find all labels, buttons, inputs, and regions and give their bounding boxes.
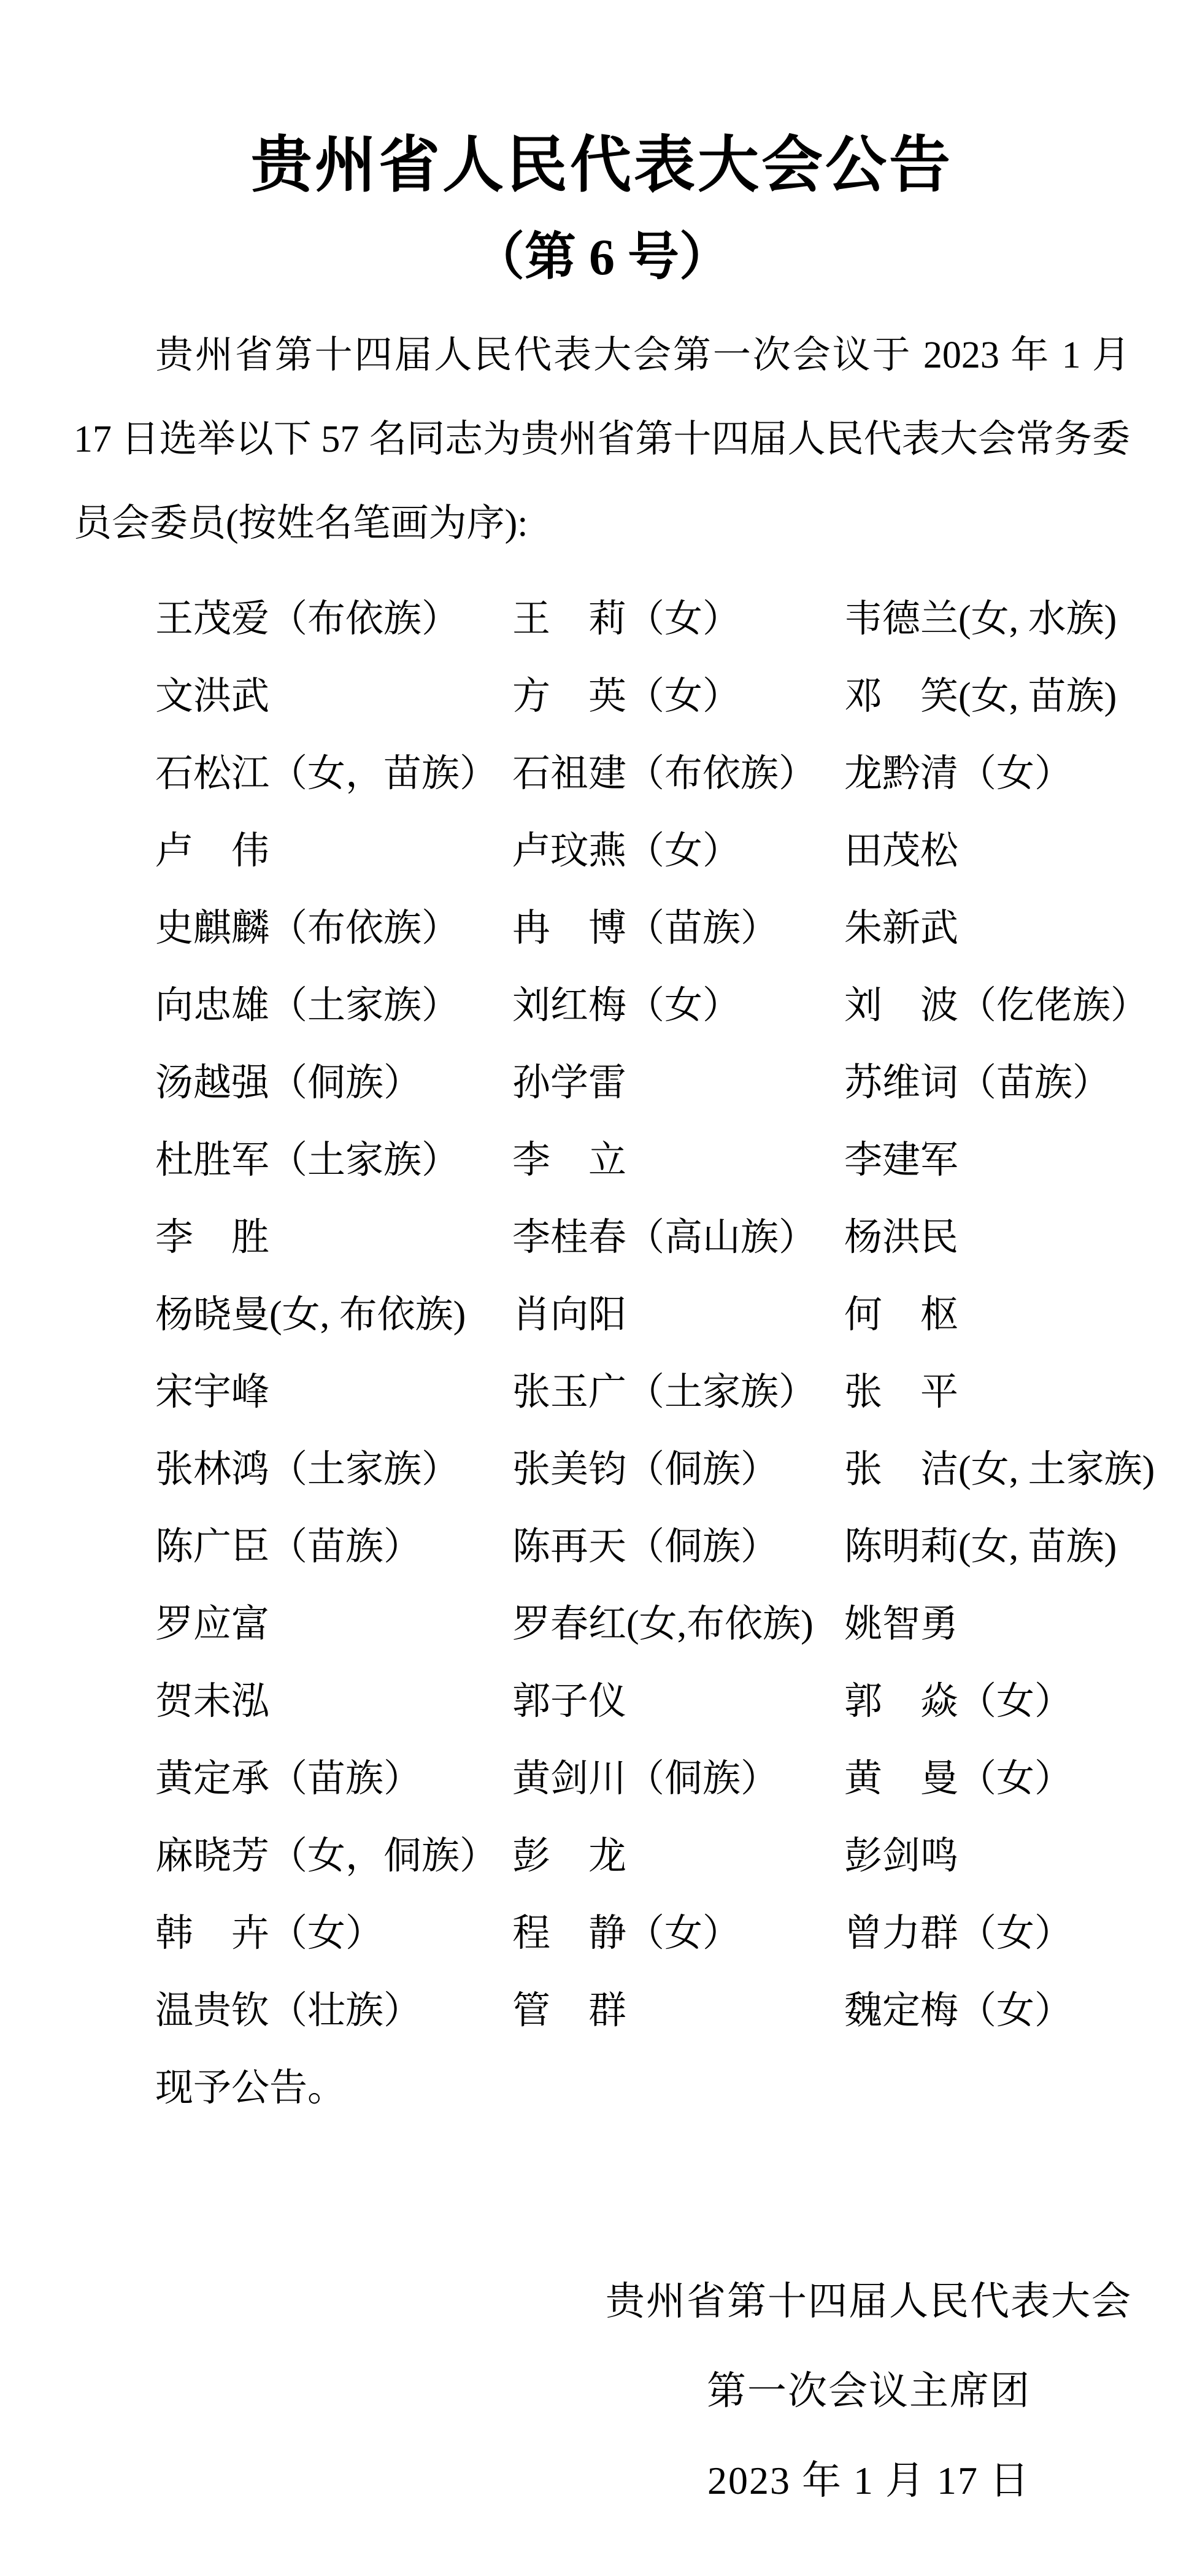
member-name: 王 莉（女） <box>512 580 844 658</box>
member-name: 管 群 <box>512 1972 844 2050</box>
member-name: 黄剑川（侗族） <box>512 1740 844 1818</box>
roster-row: 麻晓芳（女，侗族）彭 龙彭剑鸣 <box>155 1818 1130 1895</box>
roster-row: 石松江（女，苗族）石祖建（布依族）龙黔清（女） <box>155 735 1130 812</box>
member-name: 郭子仪 <box>512 1663 844 1740</box>
member-name: 韩 卉（女） <box>155 1895 512 1972</box>
roster-row: 汤越强（侗族）孙学雷苏维词（苗族） <box>155 1044 1130 1122</box>
member-name: 郭 焱（女） <box>844 1663 1130 1740</box>
roster-row: 韩 卉（女）程 静（女）曾力群（女） <box>155 1895 1130 1972</box>
member-name: 彭剑鸣 <box>844 1818 1130 1895</box>
member-name: 向忠雄（土家族） <box>155 967 512 1044</box>
member-name: 陈明莉(女, 苗族) <box>844 1508 1130 1586</box>
member-name: 贺未泓 <box>155 1663 512 1740</box>
roster-row: 陈广臣（苗族）陈再天（侗族）陈明莉(女, 苗族) <box>155 1508 1130 1586</box>
intro-paragraph: 贵州省第十四届人民代表大会第一次会议于 2023 年 1 月 17 日选举以下 … <box>74 314 1130 566</box>
member-name: 龙黔清（女） <box>844 735 1130 812</box>
member-name: 史麒麟（布依族） <box>155 890 512 967</box>
member-name: 刘红梅（女） <box>512 967 844 1044</box>
member-name: 李建军 <box>844 1122 1130 1199</box>
roster-row: 贺未泓郭子仪郭 焱（女） <box>155 1663 1130 1740</box>
doc-title: 贵州省人民代表大会公告 <box>74 126 1130 206</box>
member-name: 魏定梅（女） <box>844 1972 1130 2050</box>
member-name: 邓 笑(女, 苗族) <box>844 658 1130 735</box>
member-name: 李 立 <box>512 1122 844 1199</box>
signature-date: 2023 年 1 月 17 日 <box>580 2436 1157 2526</box>
roster-row: 杨晓曼(女, 布依族)肖向阳何 枢 <box>155 1276 1130 1354</box>
member-name: 何 枢 <box>844 1276 1130 1354</box>
member-name: 黄 曼（女） <box>844 1740 1130 1818</box>
roster-row: 向忠雄（土家族）刘红梅（女）刘 波（仡佬族） <box>155 967 1130 1044</box>
member-name: 孙学雷 <box>512 1044 844 1122</box>
roster-row: 张林鸿（土家族）张美钧（侗族）张 洁(女, 土家族) <box>155 1431 1130 1508</box>
member-name: 韦德兰(女, 水族) <box>844 580 1130 658</box>
member-name: 苏维词（苗族） <box>844 1044 1130 1122</box>
roster-row: 宋宇峰张玉广（土家族）张 平 <box>155 1354 1130 1431</box>
member-name: 彭 龙 <box>512 1818 844 1895</box>
member-name: 陈广臣（苗族） <box>155 1508 512 1586</box>
member-name: 李桂春（高山族） <box>512 1199 844 1276</box>
signature-org-line-1: 贵州省第十四届人民代表大会 <box>580 2257 1157 2347</box>
member-name: 宋宇峰 <box>155 1354 512 1431</box>
member-name: 刘 波（仡佬族） <box>844 967 1149 1044</box>
member-name: 汤越强（侗族） <box>155 1044 512 1122</box>
member-name: 陈再天（侗族） <box>512 1508 844 1586</box>
member-name: 李 胜 <box>155 1199 512 1276</box>
roster-row: 王茂爱（布依族）王 莉（女）韦德兰(女, 水族) <box>155 580 1130 658</box>
member-name: 朱新武 <box>844 890 1130 967</box>
member-name: 麻晓芳（女，侗族） <box>155 1818 512 1895</box>
member-name: 曾力群（女） <box>844 1895 1130 1972</box>
member-name: 冉 博（苗族） <box>512 890 844 967</box>
announcement-page: 贵州省人民代表大会公告 （第 6 号） 贵州省第十四届人民代表大会第一次会议于 … <box>0 0 1189 2576</box>
member-name: 杨洪民 <box>844 1199 1130 1276</box>
member-name: 张林鸿（土家族） <box>155 1431 512 1508</box>
member-name: 黄定承（苗族） <box>155 1740 512 1818</box>
member-name: 石松江（女，苗族） <box>155 735 512 812</box>
roster-row: 温贵钦（壮族）管 群魏定梅（女） <box>155 1972 1130 2050</box>
roster-row: 文洪武方 英（女）邓 笑(女, 苗族) <box>155 658 1130 735</box>
roster-row: 杜胜军（土家族）李 立李建军 <box>155 1122 1130 1199</box>
doc-subtitle: （第 6 号） <box>74 224 1130 291</box>
roster-row: 史麒麟（布依族）冉 博（苗族）朱新武 <box>155 890 1130 967</box>
member-name: 王茂爱（布依族） <box>155 580 512 658</box>
member-name: 张美钧（侗族） <box>512 1431 844 1508</box>
roster-row: 黄定承（苗族）黄剑川（侗族）黄 曼（女） <box>155 1740 1130 1818</box>
member-name: 张玉广（土家族） <box>512 1354 844 1431</box>
roster: 王茂爱（布依族）王 莉（女）韦德兰(女, 水族)文洪武方 英（女）邓 笑(女, … <box>74 580 1130 2050</box>
roster-row: 李 胜李桂春（高山族）杨洪民 <box>155 1199 1130 1276</box>
member-name: 程 静（女） <box>512 1895 844 1972</box>
member-name: 方 英（女） <box>512 658 844 735</box>
member-name: 杜胜军（土家族） <box>155 1122 512 1199</box>
closing-line: 现予公告。 <box>74 2050 1130 2127</box>
member-name: 肖向阳 <box>512 1276 844 1354</box>
member-name: 张 洁(女, 土家族) <box>844 1431 1155 1508</box>
member-name: 罗春红(女,布依族) <box>512 1586 844 1663</box>
signature-org-line-2: 第一次会议主席团 <box>580 2347 1157 2436</box>
signature-block: 贵州省第十四届人民代表大会 第一次会议主席团 2023 年 1 月 17 日 <box>580 2257 1157 2526</box>
member-name: 罗应富 <box>155 1586 512 1663</box>
member-name: 卢玟燕（女） <box>512 812 844 890</box>
member-name: 张 平 <box>844 1354 1130 1431</box>
roster-row: 卢 伟卢玟燕（女）田茂松 <box>155 812 1130 890</box>
member-name: 姚智勇 <box>844 1586 1130 1663</box>
member-name: 卢 伟 <box>155 812 512 890</box>
member-name: 石祖建（布依族） <box>512 735 844 812</box>
member-name: 文洪武 <box>155 658 512 735</box>
roster-row: 罗应富罗春红(女,布依族)姚智勇 <box>155 1586 1130 1663</box>
member-name: 田茂松 <box>844 812 1130 890</box>
member-name: 温贵钦（壮族） <box>155 1972 512 2050</box>
member-name: 杨晓曼(女, 布依族) <box>155 1276 512 1354</box>
